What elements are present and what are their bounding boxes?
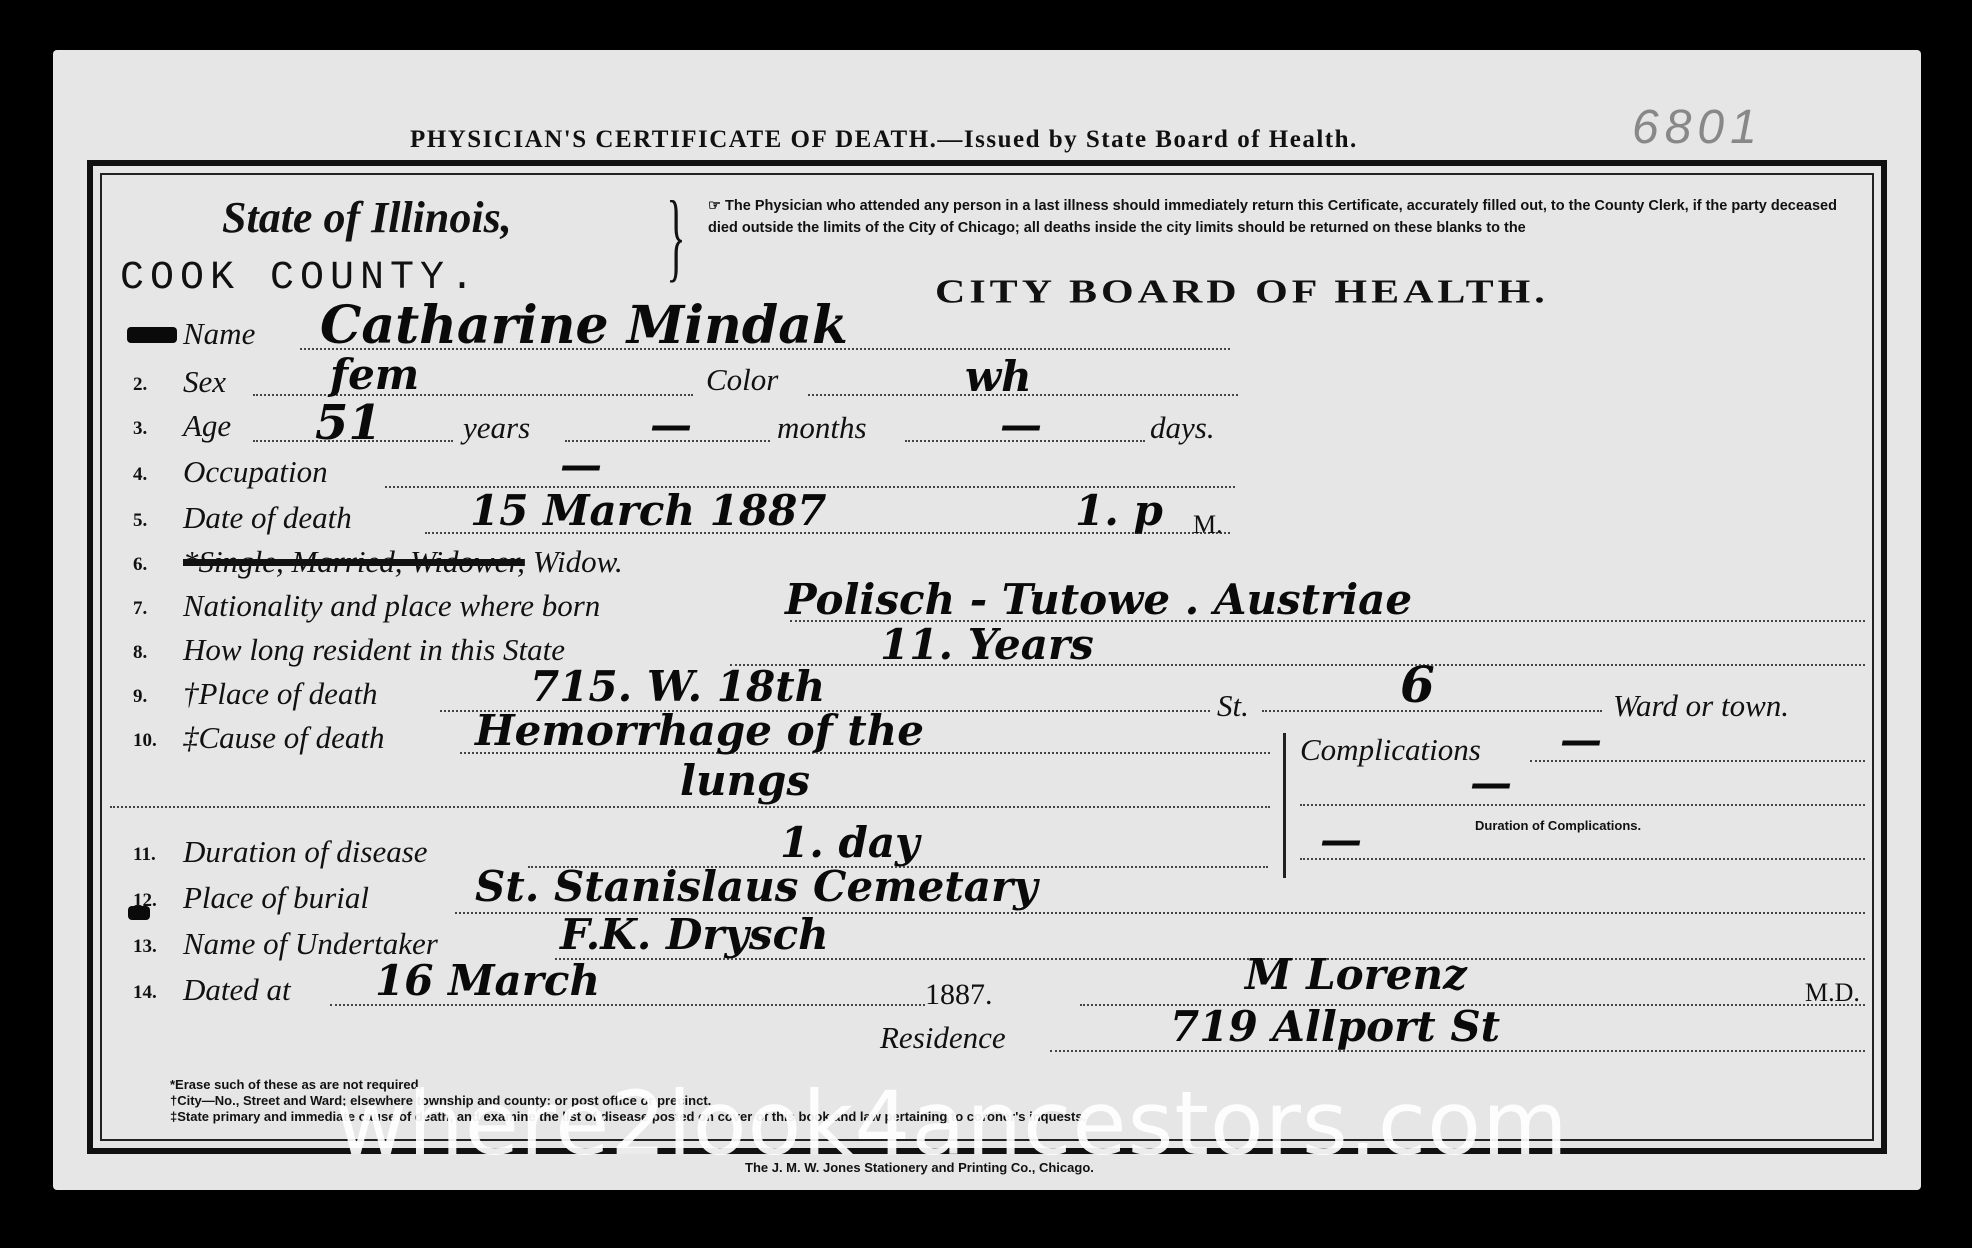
- place-of-death-value: 715. W. 18th: [530, 662, 825, 711]
- name-value: Catharine Mindak: [320, 295, 848, 356]
- field-label: Occupation: [183, 454, 328, 490]
- field-sex-row: 2. Sex: [133, 360, 226, 400]
- residency-value: 11. Years: [880, 620, 1094, 669]
- residence-label: Residence: [880, 1020, 1006, 1056]
- cause-of-death-value: Hemorrhage of the: [475, 706, 924, 755]
- years-label: years: [463, 410, 530, 446]
- dotted-line: [110, 806, 1270, 808]
- color-label: Color: [706, 362, 778, 398]
- dotted-line: [1300, 858, 1865, 860]
- field-label: †Place of death: [183, 676, 378, 712]
- field-label: How long resident in this State: [183, 632, 565, 668]
- field-label: Dated at: [183, 972, 291, 1008]
- complications-divider: [1283, 733, 1286, 878]
- field-label: ‡Cause of death: [183, 720, 385, 756]
- state-heading: State of Illinois,: [222, 192, 512, 243]
- cause-of-death-value-line2: lungs: [680, 756, 810, 805]
- burial-place-value: St. Stanislaus Cemetary: [475, 862, 1038, 911]
- days-label: days.: [1150, 410, 1215, 446]
- residence-value: 719 Allport St: [1170, 1002, 1500, 1051]
- age-months-value: —: [650, 400, 692, 449]
- field-marital-row: 6. *Single, Married, Widower, Widow.: [133, 540, 623, 580]
- age-years-value: 51: [315, 395, 382, 451]
- duration-of-complications-label: Duration of Complications.: [1475, 818, 1641, 833]
- duration-of-complications-value: —: [1320, 815, 1362, 864]
- dotted-line: [1300, 804, 1865, 806]
- complications-value-line2: —: [1470, 758, 1512, 807]
- marital-status-widow: Widow.: [533, 544, 623, 580]
- ward-value: 6: [1400, 655, 1435, 714]
- field-cause-of-death-row: 10. ‡Cause of death: [133, 716, 385, 756]
- undertaker-value: F.K. Drysch: [560, 910, 829, 959]
- age-days-value: —: [1000, 400, 1042, 449]
- field-number: 7.: [133, 598, 183, 620]
- occupation-value: —: [560, 440, 602, 489]
- dated-year: 1887.: [925, 978, 993, 1012]
- complications-label: Complications: [1300, 732, 1481, 768]
- document-number: 6801: [1632, 100, 1763, 155]
- sex-value: fem: [330, 350, 419, 399]
- color-value: wh: [965, 352, 1032, 401]
- field-label: Nationality and place where born: [183, 588, 600, 624]
- field-name-row: 1. Name: [133, 312, 255, 352]
- field-number: 3.: [133, 418, 183, 440]
- field-number: 10.: [133, 730, 183, 752]
- field-label: Age: [183, 408, 231, 444]
- field-label: Sex: [183, 364, 226, 400]
- field-age-row: 3. Age: [133, 404, 231, 444]
- brace-decoration: }: [666, 186, 685, 286]
- street-suffix: St.: [1217, 688, 1249, 724]
- physician-signature: M Lorenz: [1245, 950, 1467, 999]
- duration-value: 1. day: [780, 818, 919, 867]
- pointing-hand-icon: ☞: [708, 198, 725, 214]
- field-residency-row: 8. How long resident in this State: [133, 628, 565, 668]
- struck-marital-options: *Single, Married, Widower,: [183, 544, 525, 580]
- field-number: 8.: [133, 642, 183, 664]
- field-dated-row: 14. Dated at: [133, 968, 291, 1008]
- field-number: 6.: [133, 554, 183, 576]
- time-of-death-value: 1. p: [1075, 486, 1163, 535]
- ward-label: Ward or town.: [1613, 688, 1789, 724]
- months-label: months: [777, 410, 867, 446]
- field-occupation-row: 4. Occupation: [133, 450, 328, 490]
- field-number: 5.: [133, 510, 183, 532]
- watermark: where2look4ancestors.com: [335, 1072, 1569, 1175]
- field-date-of-death-row: 5. Date of death: [133, 496, 352, 536]
- complications-value: —: [1560, 715, 1602, 764]
- field-place-of-death-row: 9. †Place of death: [133, 672, 378, 712]
- field-number: 14.: [133, 982, 183, 1004]
- field-number: 13.: [133, 936, 183, 958]
- field-label: Name: [183, 316, 255, 352]
- dated-value: 16 March: [375, 956, 600, 1005]
- nationality-value: Polisch - Tutowe . Austriae: [785, 575, 1412, 624]
- instruction-notice: ☞ The Physician who attended any person …: [708, 195, 1868, 239]
- field-number: 9.: [133, 686, 183, 708]
- certificate-title: PHYSICIAN'S CERTIFICATE OF DEATH.—Issued…: [410, 126, 1358, 154]
- field-number: 11.: [133, 844, 183, 866]
- md-suffix: M.D.: [1805, 978, 1860, 1008]
- time-suffix: M.: [1193, 510, 1223, 540]
- field-label: Duration of disease: [183, 834, 428, 870]
- field-number: 12.: [133, 890, 183, 912]
- field-nationality-row: 7. Nationality and place where born: [133, 584, 600, 624]
- field-number: 2.: [133, 374, 183, 396]
- field-label: Place of burial: [183, 880, 369, 916]
- field-number: 4.: [133, 464, 183, 486]
- field-label: Date of death: [183, 500, 352, 536]
- field-burial-row: 12. Place of burial: [133, 876, 369, 916]
- date-of-death-value: 15 March 1887: [470, 486, 827, 535]
- field-duration-row: 11. Duration of disease: [133, 830, 428, 870]
- city-board-heading: CITY BOARD OF HEALTH.: [935, 273, 1549, 311]
